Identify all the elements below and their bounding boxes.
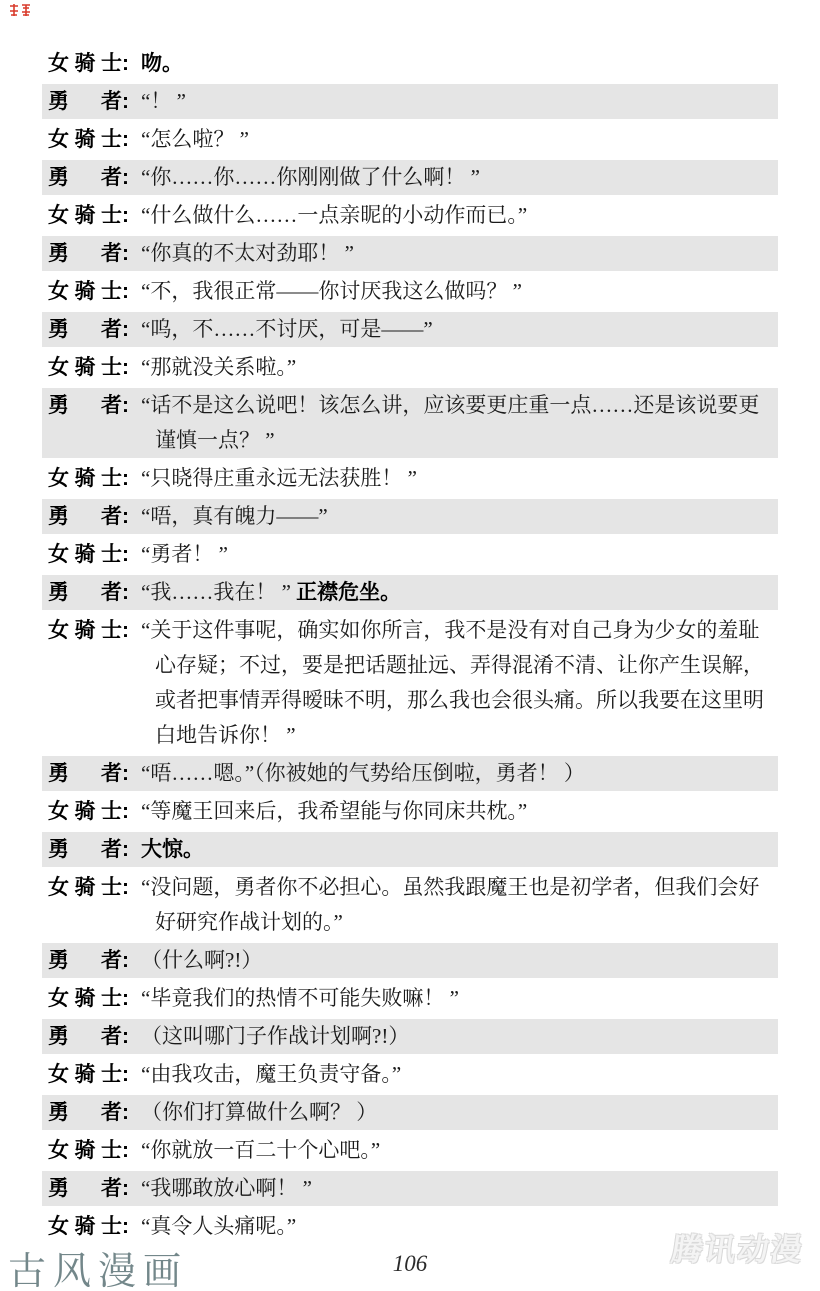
script-page: { "page": { "width": 820, "height": 1291… [0,0,820,1291]
dialogue-segment: （什么啊?!） [141,948,262,972]
dialogue-segment: “话不是这么说吧！该怎么讲，应该要更庄重一点……还是该说要更谨慎一点？ ” [141,393,759,452]
dialogue-text: “关于这件事呢，确实如你所言，我不是没有对自己身为少女的羞耻心存疑；不过，要是把… [141,613,778,753]
speaker-name: 女骑士 [48,613,122,648]
dialogue-text: “没问题，勇者你不必担心。虽然我跟魔王也是初学者，但我们会好好研究作战计划的。” [141,870,778,940]
speaker-name: 女骑士 [48,794,122,829]
dialogue-row: 勇者 : “话不是这么说吧！该怎么讲，应该要更庄重一点……还是该说要更谨慎一点？… [42,388,778,458]
dialogue-row: 勇者 : 大惊。 [42,832,778,867]
tencent-watermark: 腾讯动漫 [669,1224,807,1269]
speaker-colon: : [122,236,129,271]
dialogue-row: 女骑士 : “你就放一百二十个心吧。” [42,1133,778,1168]
dialogue-text: “你真的不太对劲耶！ ” [141,236,778,271]
dialogue-row: 勇者 : “呜，不……不讨厌，可是——” [42,312,778,347]
speaker-char: 女 [48,794,69,829]
speaker-char: 骑 [75,1057,96,1092]
dialogue-segment: “等魔王回来后，我希望能与你同床共枕。” [141,799,527,823]
speaker-char: 骑 [75,537,96,572]
speaker-colon: : [122,46,129,81]
dialogue-row: 女骑士 : “真令人头痛呢。” [42,1209,778,1244]
speaker-name: 勇者 [48,1019,122,1054]
speaker-char: 者 [101,160,122,195]
speaker-char: 女 [48,870,69,905]
speaker-char: 骑 [75,350,96,385]
speaker-char: 勇 [48,388,69,423]
speaker-char: 士 [101,537,122,572]
speaker-name: 女骑士 [48,537,122,572]
dialogue-segment: （这叫哪门子作战计划啊?!） [141,1024,409,1048]
speaker-char: 士 [101,46,122,81]
speaker-char: 骑 [75,794,96,829]
dialogue-text: “你就放一百二十个心吧。” [141,1133,778,1168]
speaker-char: 勇 [48,832,69,867]
speaker-char: 女 [48,1057,69,1092]
dialogue-text: “话不是这么说吧！该怎么讲，应该要更庄重一点……还是该说要更谨慎一点？ ” [141,388,778,458]
dialogue-row: 勇者 : “我……我在！ ” 正襟危坐。 [42,575,778,610]
dialogue-text: “怎么啦？ ” [141,122,778,157]
speaker-char: 骑 [75,613,96,648]
speaker-colon: : [122,1171,129,1206]
dialogue-row: 女骑士 : “毕竟我们的热情不可能失败嘛！ ” [42,981,778,1016]
speaker-char: 勇 [48,312,69,347]
speaker-colon: : [122,84,129,119]
speaker-char: 女 [48,1133,69,1168]
speaker-colon: : [122,388,129,423]
speaker-char: 士 [101,1209,122,1244]
dialogue-row: 女骑士 : “不，我很正常——你讨厌我这么做吗？ ” [42,274,778,309]
speaker-colon: : [122,575,129,610]
dialogue-row: 女骑士 : “只晓得庄重永远无法获胜！ ” [42,461,778,496]
dialogue-row: 勇者 : “你真的不太对劲耶！ ” [42,236,778,271]
dialogue-segment: “勇者！ ” [141,542,228,566]
dialogue-segment: “唔……嗯。”（你被她的气势给压倒啦，勇者！ ） [141,761,585,785]
speaker-char: 者 [101,388,122,423]
dialogue-text: “毕竟我们的热情不可能失败嘛！ ” [141,981,778,1016]
dialogue-segment: 大惊。 [141,838,204,861]
speaker-name: 女骑士 [48,46,122,81]
speaker-char: 骑 [75,274,96,309]
speaker-name: 勇者 [48,499,122,534]
speaker-name: 女骑士 [48,1209,122,1244]
speaker-name: 勇者 [48,1171,122,1206]
speaker-char: 女 [48,981,69,1016]
dialogue-text: “那就没关系啦。” [141,350,778,385]
speaker-char: 勇 [48,499,69,534]
speaker-char: 者 [101,1171,122,1206]
speaker-name: 女骑士 [48,870,122,905]
speaker-char: 者 [101,236,122,271]
dialogue-row: 勇者 : （这叫哪门子作战计划啊?!） [42,1019,778,1054]
dialogue-row: 女骑士 : “那就没关系啦。” [42,350,778,385]
speaker-colon: : [122,312,129,347]
speaker-char: 女 [48,1209,69,1244]
dialogue-row: 勇者 : “唔……嗯。”（你被她的气势给压倒啦，勇者！ ） [42,756,778,791]
speaker-colon: : [122,943,129,978]
dialogue-segment: “！ ” [141,89,186,113]
speaker-char: 勇 [48,575,69,610]
speaker-char: 女 [48,198,69,233]
speaker-colon: : [122,1209,129,1244]
dialogue-segment: （你们打算做什么啊？ ） [141,1100,377,1124]
speaker-colon: : [122,1095,129,1130]
speaker-char: 者 [101,756,122,791]
speaker-char: 士 [101,122,122,157]
speaker-colon: : [122,756,129,791]
speaker-char: 士 [101,613,122,648]
speaker-colon: : [122,613,129,648]
dialogue-text: “我哪敢放心啊！ ” [141,1171,778,1206]
speaker-char: 者 [101,575,122,610]
speaker-char: 骑 [75,870,96,905]
speaker-char: 士 [101,870,122,905]
speaker-name: 勇者 [48,832,122,867]
speaker-name: 女骑士 [48,274,122,309]
speaker-char: 勇 [48,1019,69,1054]
speaker-char: 者 [101,1019,122,1054]
dialogue-row: 女骑士 : “等魔王回来后，我希望能与你同床共枕。” [42,794,778,829]
dialogue-row: 女骑士 : “由我攻击，魔王负责守备。” [42,1057,778,1092]
dialogue-segment: “怎么啦？ ” [141,127,249,151]
speaker-char: 勇 [48,943,69,978]
speaker-colon: : [122,1057,129,1092]
speaker-name: 勇者 [48,388,122,423]
dialogue-row: 女骑士 : “怎么啦？ ” [42,122,778,157]
speaker-char: 士 [101,794,122,829]
speaker-colon: : [122,537,129,572]
dialogue-segment: “那就没关系啦。” [141,355,296,379]
speaker-char: 勇 [48,160,69,195]
speaker-colon: : [122,160,129,195]
speaker-char: 骑 [75,981,96,1016]
speaker-char: 骑 [75,1209,96,1244]
speaker-name: 勇者 [48,236,122,271]
speaker-char: 女 [48,613,69,648]
dialogue-segment: “唔，真有魄力——” [141,504,328,528]
speaker-char: 女 [48,46,69,81]
speaker-char: 士 [101,981,122,1016]
dialogue-row: 勇者 : “你……你……你刚刚做了什么啊！ ” [42,160,778,195]
dialogue-segment: “由我攻击，魔王负责守备。” [141,1062,401,1086]
dialogue-segment: “没问题，勇者你不必担心。虽然我跟魔王也是初学者，但我们会好好研究作战计划的。” [141,875,759,934]
speaker-char: 士 [101,350,122,385]
dialogue-segment: “不，我很正常——你讨厌我这么做吗？ ” [141,279,522,303]
dialogue-segment: “什么做什么……一点亲昵的小动作而已。” [141,203,527,227]
speaker-char: 勇 [48,756,69,791]
dialogue-row: 勇者 : “唔，真有魄力——” [42,499,778,534]
speaker-name: 勇者 [48,575,122,610]
speaker-char: 士 [101,1133,122,1168]
speaker-name: 勇者 [48,943,122,978]
speaker-colon: : [122,274,129,309]
speaker-char: 者 [101,499,122,534]
dialogue-row: 女骑士 : 吻。 [42,46,778,81]
dialogue-segment: “你就放一百二十个心吧。” [141,1138,380,1162]
dialogue-row: 勇者 : （什么啊?!） [42,943,778,978]
dialogue-segment: “呜，不……不讨厌，可是——” [141,317,433,341]
dialogue-text: “由我攻击，魔王负责守备。” [141,1057,778,1092]
dialogue-segment: 正襟危坐。 [296,581,401,604]
speaker-char: 勇 [48,84,69,119]
dialogue-row: 勇者 : “我哪敢放心啊！ ” [42,1171,778,1206]
dialogue-segment: “你……你……你刚刚做了什么啊！ ” [141,165,480,189]
dialogue-segment: “关于这件事呢，确实如你所言，我不是没有对自己身为少女的羞耻心存疑；不过，要是把… [141,618,764,747]
speaker-name: 勇者 [48,756,122,791]
dialogue-segment: “你真的不太对劲耶！ ” [141,241,354,265]
speaker-char: 者 [101,1095,122,1130]
speaker-char: 骑 [75,122,96,157]
dialogue-segment: “真令人头痛呢。” [141,1214,296,1238]
red-corner-mark [8,3,32,18]
speaker-colon: : [122,981,129,1016]
dialogue-text: “等魔王回来后，我希望能与你同床共枕。” [141,794,778,829]
dialogue-text: “我……我在！ ” 正襟危坐。 [141,575,778,610]
dialogue-row: 女骑士 : “没问题，勇者你不必担心。虽然我跟魔王也是初学者，但我们会好好研究作… [42,870,778,940]
dialogue-text: “唔，真有魄力——” [141,499,778,534]
speaker-colon: : [122,870,129,905]
speaker-char: 骑 [75,46,96,81]
speaker-name: 女骑士 [48,1133,122,1168]
speaker-colon: : [122,1019,129,1054]
speaker-char: 士 [101,461,122,496]
dialogue-text: 大惊。 [141,832,778,867]
dialogue-segment: 吻。 [141,52,183,75]
dialogue-text: “唔……嗯。”（你被她的气势给压倒啦，勇者！ ） [141,756,778,791]
dialogue-row: 女骑士 : “关于这件事呢，确实如你所言，我不是没有对自己身为少女的羞耻心存疑；… [42,613,778,753]
speaker-char: 勇 [48,1095,69,1130]
speaker-char: 士 [101,198,122,233]
dialogue-text: “！ ” [141,84,778,119]
speaker-name: 勇者 [48,84,122,119]
speaker-char: 勇 [48,236,69,271]
dialogue-text: “不，我很正常——你讨厌我这么做吗？ ” [141,274,778,309]
speaker-name: 女骑士 [48,981,122,1016]
speaker-char: 士 [101,1057,122,1092]
speaker-char: 骑 [75,461,96,496]
speaker-char: 者 [101,832,122,867]
speaker-char: 骑 [75,198,96,233]
dialogue-text: 吻。 [141,46,778,81]
dialogue-text: “呜，不……不讨厌，可是——” [141,312,778,347]
speaker-name: 勇者 [48,1095,122,1130]
speaker-char: 女 [48,461,69,496]
speaker-colon: : [122,350,129,385]
dialogue-text: “什么做什么……一点亲昵的小动作而已。” [141,198,778,233]
speaker-char: 女 [48,274,69,309]
speaker-colon: : [122,794,129,829]
speaker-colon: : [122,832,129,867]
speaker-char: 者 [101,943,122,978]
dialogue-list: 女骑士 : 吻。 勇者 : “！ ” 女骑士 : “怎么啦？ ” 勇者 : “你… [42,46,778,1247]
dialogue-text: （这叫哪门子作战计划啊?!） [141,1019,778,1054]
dialogue-row: 女骑士 : “勇者！ ” [42,537,778,572]
speaker-name: 女骑士 [48,461,122,496]
speaker-char: 者 [101,84,122,119]
speaker-name: 女骑士 [48,122,122,157]
speaker-colon: : [122,122,129,157]
speaker-name: 女骑士 [48,198,122,233]
speaker-colon: : [122,1133,129,1168]
speaker-name: 女骑士 [48,1057,122,1092]
dialogue-segment: “我……我在！ ” [141,580,296,604]
dialogue-text: （你们打算做什么啊？ ） [141,1095,778,1130]
dialogue-segment: “毕竟我们的热情不可能失败嘛！ ” [141,986,459,1010]
dialogue-row: 勇者 : “！ ” [42,84,778,119]
speaker-name: 勇者 [48,312,122,347]
dialogue-text: “勇者！ ” [141,537,778,572]
dialogue-text: “只晓得庄重永远无法获胜！ ” [141,461,778,496]
dialogue-text: （什么啊?!） [141,943,778,978]
speaker-char: 女 [48,122,69,157]
speaker-char: 士 [101,274,122,309]
speaker-colon: : [122,499,129,534]
dialogue-segment: “我哪敢放心啊！ ” [141,1176,312,1200]
speaker-char: 者 [101,312,122,347]
speaker-char: 骑 [75,1133,96,1168]
speaker-char: 女 [48,350,69,385]
speaker-colon: : [122,461,129,496]
speaker-char: 勇 [48,1171,69,1206]
dialogue-row: 女骑士 : “什么做什么……一点亲昵的小动作而已。” [42,198,778,233]
dialogue-text: “你……你……你刚刚做了什么啊！ ” [141,160,778,195]
speaker-char: 女 [48,537,69,572]
speaker-name: 女骑士 [48,350,122,385]
speaker-colon: : [122,198,129,233]
dialogue-row: 勇者 : （你们打算做什么啊？ ） [42,1095,778,1130]
speaker-name: 勇者 [48,160,122,195]
dialogue-segment: “只晓得庄重永远无法获胜！ ” [141,466,417,490]
